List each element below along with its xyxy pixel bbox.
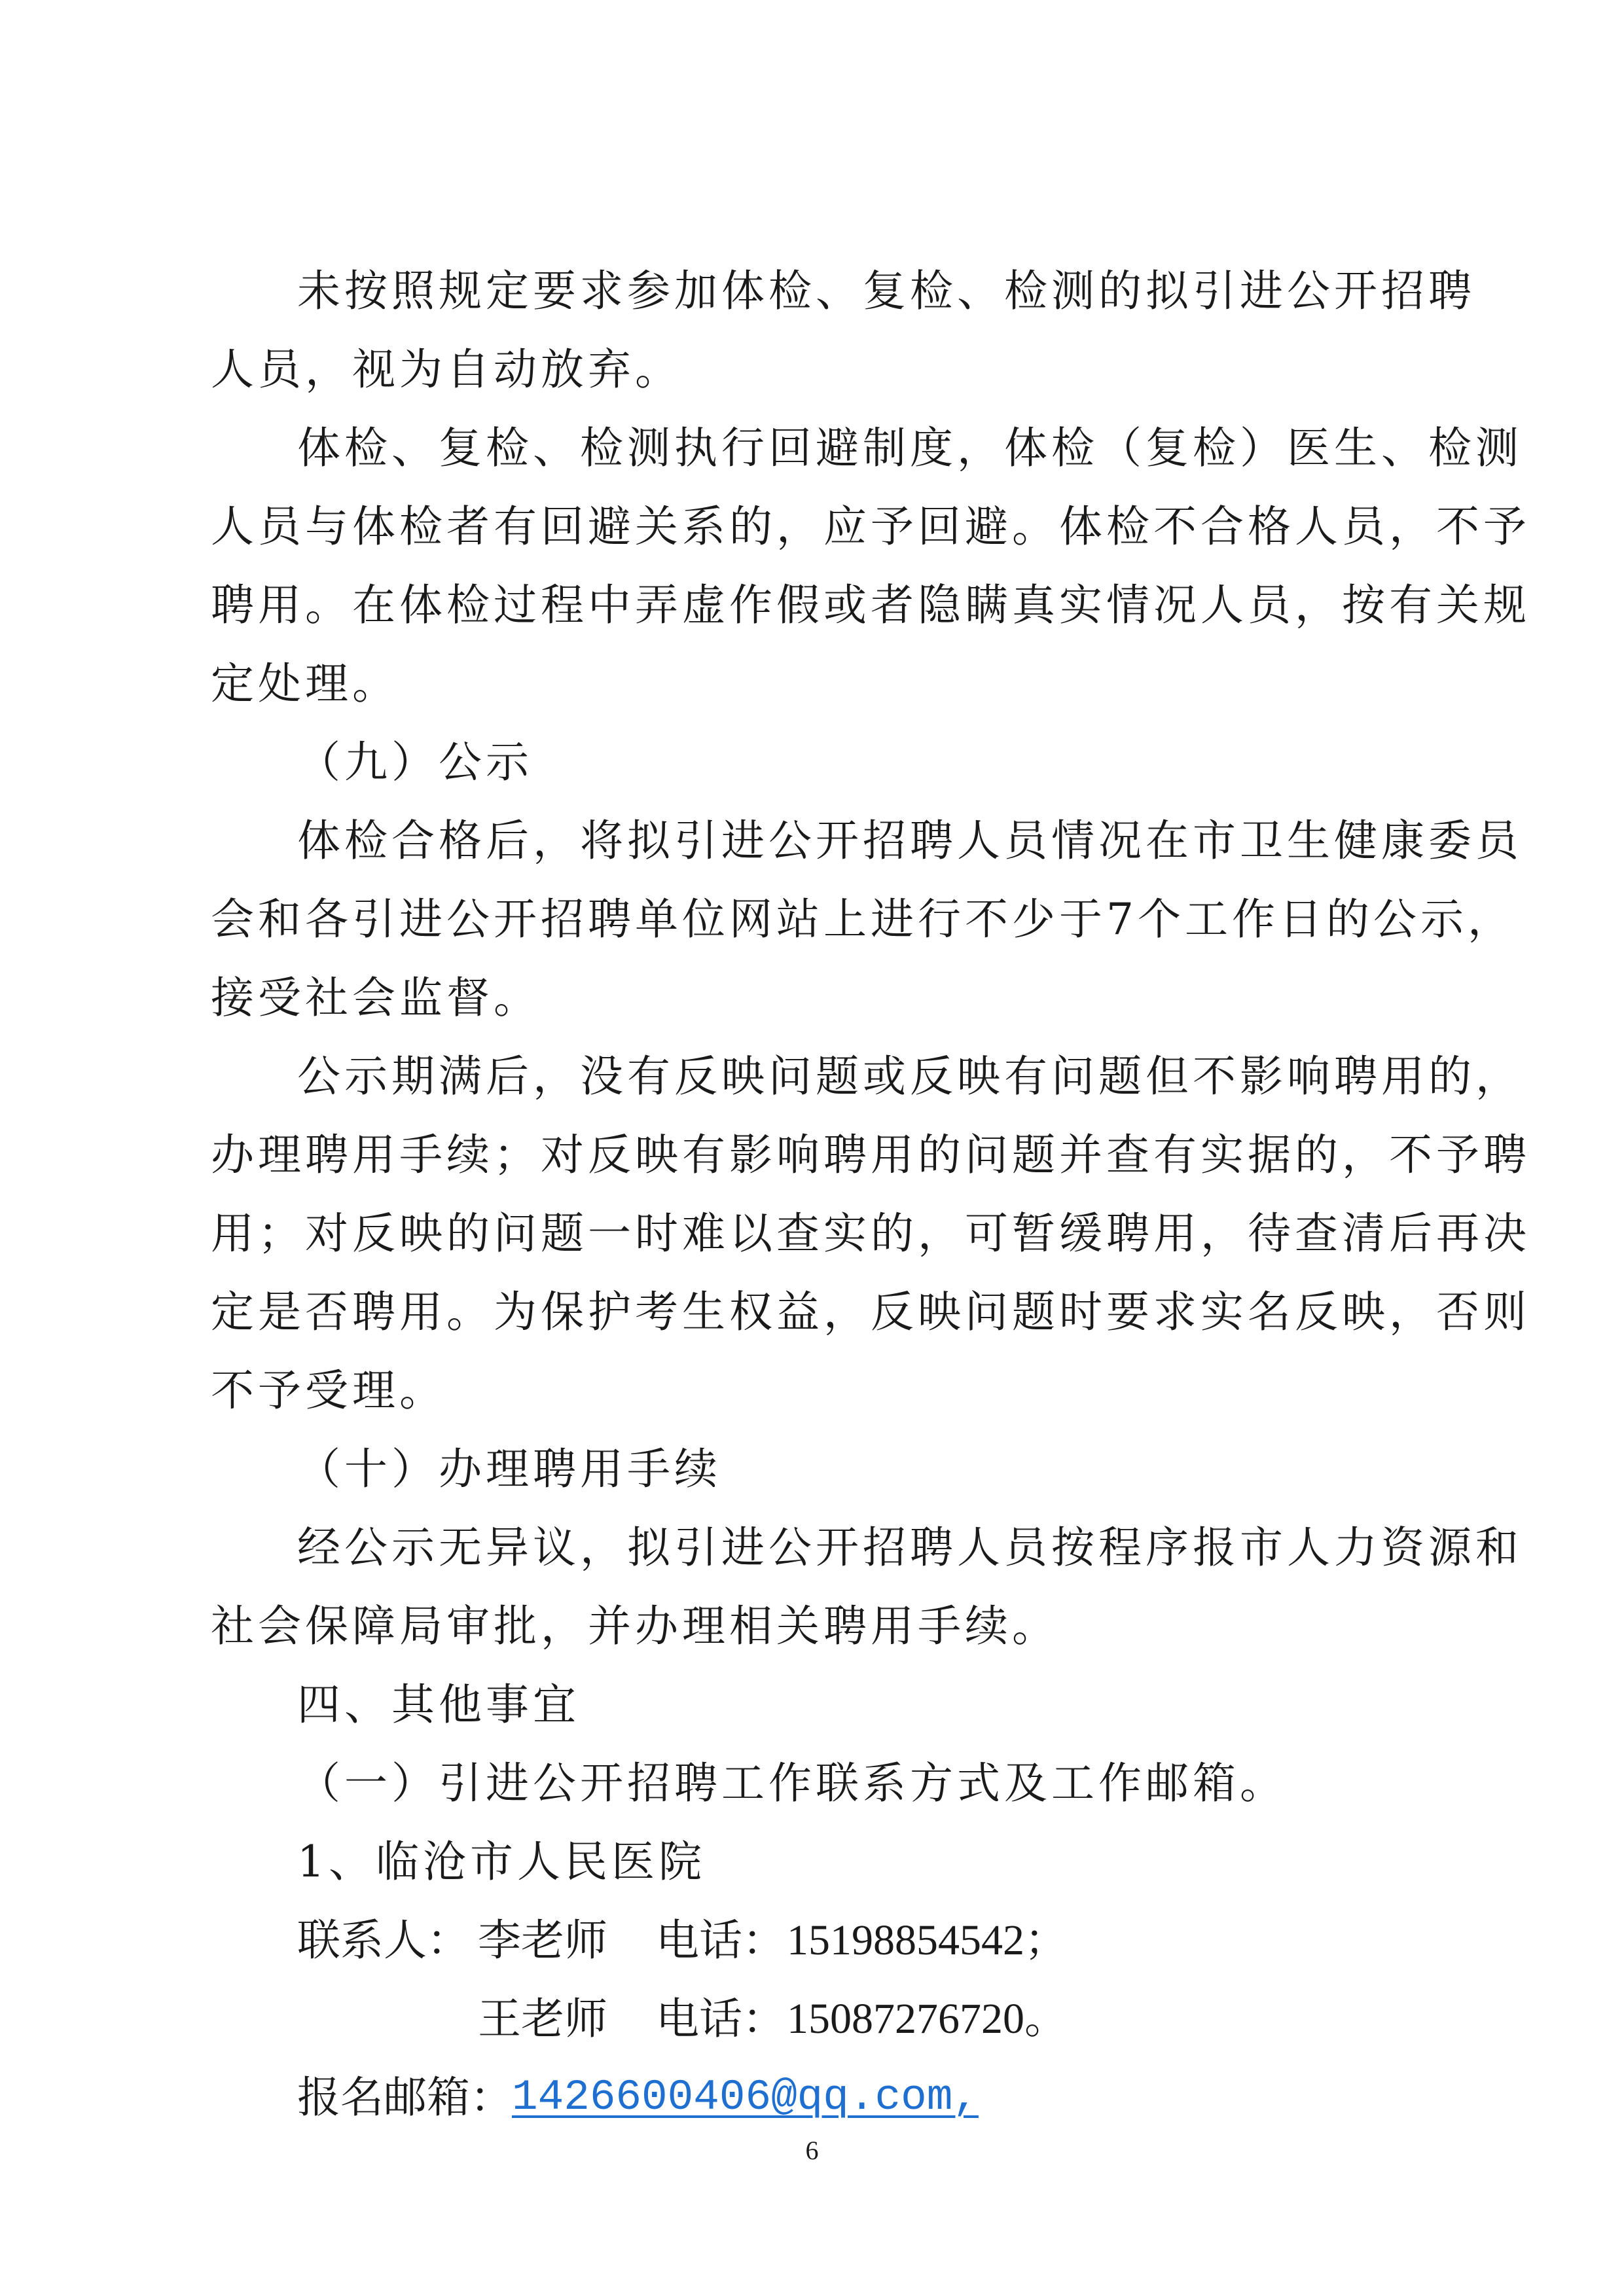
paragraph-line: 人员，视为自动放弃。 bbox=[211, 331, 1409, 409]
phone-number: 15087276720。 bbox=[787, 1980, 1068, 2058]
email-row: 报名邮箱： 1426600406@qq.com, bbox=[211, 2058, 1409, 2137]
document-page: 未按照规定要求参加体检、复检、检测的拟引进公开招聘 人员，视为自动放弃。 体检、… bbox=[0, 0, 1624, 2296]
section-heading-other-matters: 四、其他事宜 bbox=[211, 1666, 1409, 1744]
paragraph-line: 不予受理。 bbox=[211, 1352, 1409, 1430]
paragraph-line: 经公示无异议，拟引进公开招聘人员按程序报市人力资源和 bbox=[211, 1509, 1409, 1587]
phone-label: 电话： bbox=[656, 1901, 785, 1980]
paragraph-line: 接受社会监督。 bbox=[211, 959, 1409, 1037]
document-body: 未按照规定要求参加体检、复检、检测的拟引进公开招聘 人员，视为自动放弃。 体检、… bbox=[211, 252, 1409, 2137]
paragraph-line: 会和各引进公开招聘单位网站上进行不少于7个工作日的公示， bbox=[211, 880, 1409, 959]
paragraph-line: 体检、复检、检测执行回避制度，体检（复检）医生、检测 bbox=[211, 409, 1409, 488]
paragraph-line: 体检合格后，将拟引进公开招聘人员情况在市卫生健康委员 bbox=[211, 802, 1409, 880]
phone-number: 15198854542； bbox=[787, 1901, 1068, 1980]
email-label: 报名邮箱： bbox=[297, 2058, 513, 2137]
contact-row-1: 联系人： 李老师 电话： 15198854542； bbox=[211, 1901, 1409, 1980]
contact-label: 联系人： bbox=[297, 1901, 470, 1980]
paragraph-line: 公示期满后，没有反映问题或反映有问题但不影响聘用的， bbox=[211, 1037, 1409, 1116]
phone-label: 电话： bbox=[656, 1980, 785, 2058]
paragraph-line: 社会保障局审批，并办理相关聘用手续。 bbox=[211, 1587, 1409, 1666]
section-heading-publicity: （九）公示 bbox=[211, 723, 1409, 802]
section-heading-hiring-procedures: （十）办理聘用手续 bbox=[211, 1430, 1409, 1509]
contact-row-2: 王老师 电话： 15087276720。 bbox=[211, 1980, 1409, 2058]
paragraph-line: 定处理。 bbox=[211, 645, 1409, 723]
paragraph-line: 办理聘用手续；对反映有影响聘用的问题并查有实据的，不予聘 bbox=[211, 1116, 1409, 1194]
paragraph-line: 用；对反映的问题一时难以查实的，可暂缓聘用，待查清后再决 bbox=[211, 1194, 1409, 1273]
paragraph-line: 聘用。在体检过程中弄虚作假或者隐瞒真实情况人员，按有关规 bbox=[211, 566, 1409, 645]
contact-name: 王老师 bbox=[478, 1980, 607, 2058]
paragraph-line: 未按照规定要求参加体检、复检、检测的拟引进公开招聘 bbox=[211, 252, 1409, 331]
email-link[interactable]: 1426600406@qq.com, bbox=[512, 2058, 979, 2137]
contact-name: 李老师 bbox=[478, 1901, 607, 1980]
page-number: 6 bbox=[0, 2135, 1624, 2166]
paragraph-line: 人员与体检者有回避关系的，应予回避。体检不合格人员，不予 bbox=[211, 488, 1409, 566]
organization-name: 1、临沧市人民医院 bbox=[211, 1823, 1409, 1901]
subsection-heading-contact: （一）引进公开招聘工作联系方式及工作邮箱。 bbox=[211, 1744, 1409, 1823]
paragraph-line: 定是否聘用。为保护考生权益，反映问题时要求实名反映，否则 bbox=[211, 1273, 1409, 1352]
